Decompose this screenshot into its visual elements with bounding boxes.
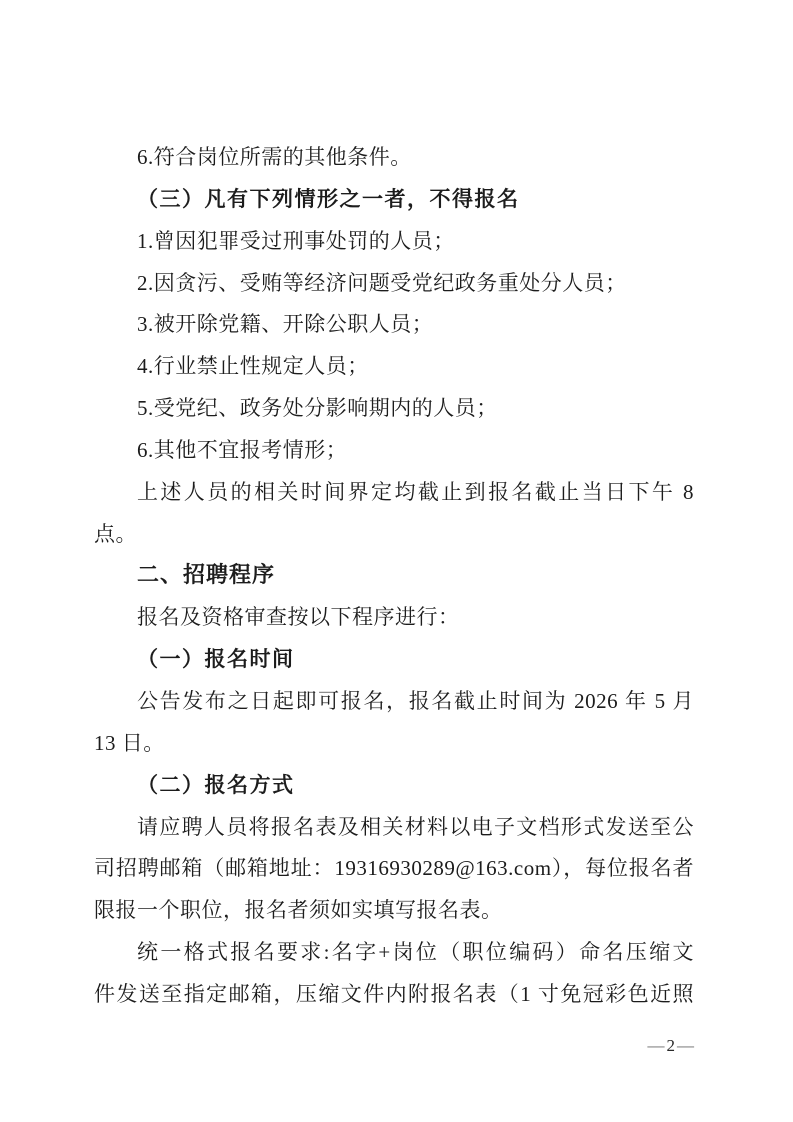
item-1-criminal-penalty: 1.曾因犯罪受过刑事处罚的人员； bbox=[94, 227, 694, 269]
para-registration-time-line-2: 13 日。 bbox=[94, 729, 694, 771]
page-number-dash-left: — bbox=[648, 1036, 666, 1055]
item-2-corruption-discipline: 2.因贪污、受贿等经济问题受党纪政务重处分人员； bbox=[94, 269, 694, 311]
page-number-value: 2 bbox=[666, 1036, 678, 1055]
para-registration-method-line-2-email: 司招聘邮箱（邮箱地址：19316930289@163.com），每位报名者 bbox=[94, 854, 694, 896]
para-format-requirement-line-1: 统一格式报名要求:名字+岗位（职位编码）命名压缩文 bbox=[94, 938, 694, 980]
para-registration-method-line-1: 请应聘人员将报名表及相关材料以电子文档形式发送至公 bbox=[94, 813, 694, 855]
item-3-expelled-party-public: 3.被开除党籍、开除公职人员； bbox=[94, 310, 694, 352]
heading-section-2-recruitment-procedure: 二、招聘程序 bbox=[94, 561, 694, 603]
para-format-requirement-line-2: 件发送至指定邮箱，压缩文件内附报名表（1 寸免冠彩色近照 bbox=[94, 980, 694, 1022]
para-time-cutoff-line-2: 点。 bbox=[94, 520, 694, 562]
heading-registration-method: （二）报名方式 bbox=[94, 771, 694, 813]
heading-section-3-ineligible: （三）凡有下列情形之一者，不得报名 bbox=[94, 185, 694, 227]
heading-registration-time: （一）报名时间 bbox=[94, 645, 694, 687]
page-number-dash-right: — bbox=[677, 1036, 695, 1055]
para-time-cutoff-line-1: 上述人员的相关时间界定均截止到报名截止当日下午 8 bbox=[94, 478, 694, 520]
document-page: 6.符合岗位所需的其他条件。 （三）凡有下列情形之一者，不得报名 1.曾因犯罪受… bbox=[0, 0, 793, 1122]
item-4-industry-prohibition: 4.行业禁止性规定人员； bbox=[94, 352, 694, 394]
document-body: 6.符合岗位所需的其他条件。 （三）凡有下列情形之一者，不得报名 1.曾因犯罪受… bbox=[94, 143, 694, 1022]
item-5-discipline-period: 5.受党纪、政务处分影响期内的人员； bbox=[94, 394, 694, 436]
para-registration-time-line-1: 公告发布之日起即可报名，报名截止时间为 2026 年 5 月 bbox=[94, 687, 694, 729]
para-registration-method-line-3: 限报一个职位，报名者须如实填写报名表。 bbox=[94, 896, 694, 938]
para-procedure-intro: 报名及资格审查按以下程序进行： bbox=[94, 603, 694, 645]
item-6-other-conditions: 6.符合岗位所需的其他条件。 bbox=[94, 143, 694, 185]
page-number: —2— bbox=[648, 1036, 696, 1056]
item-6-other-unsuitable: 6.其他不宜报考情形； bbox=[94, 436, 694, 478]
